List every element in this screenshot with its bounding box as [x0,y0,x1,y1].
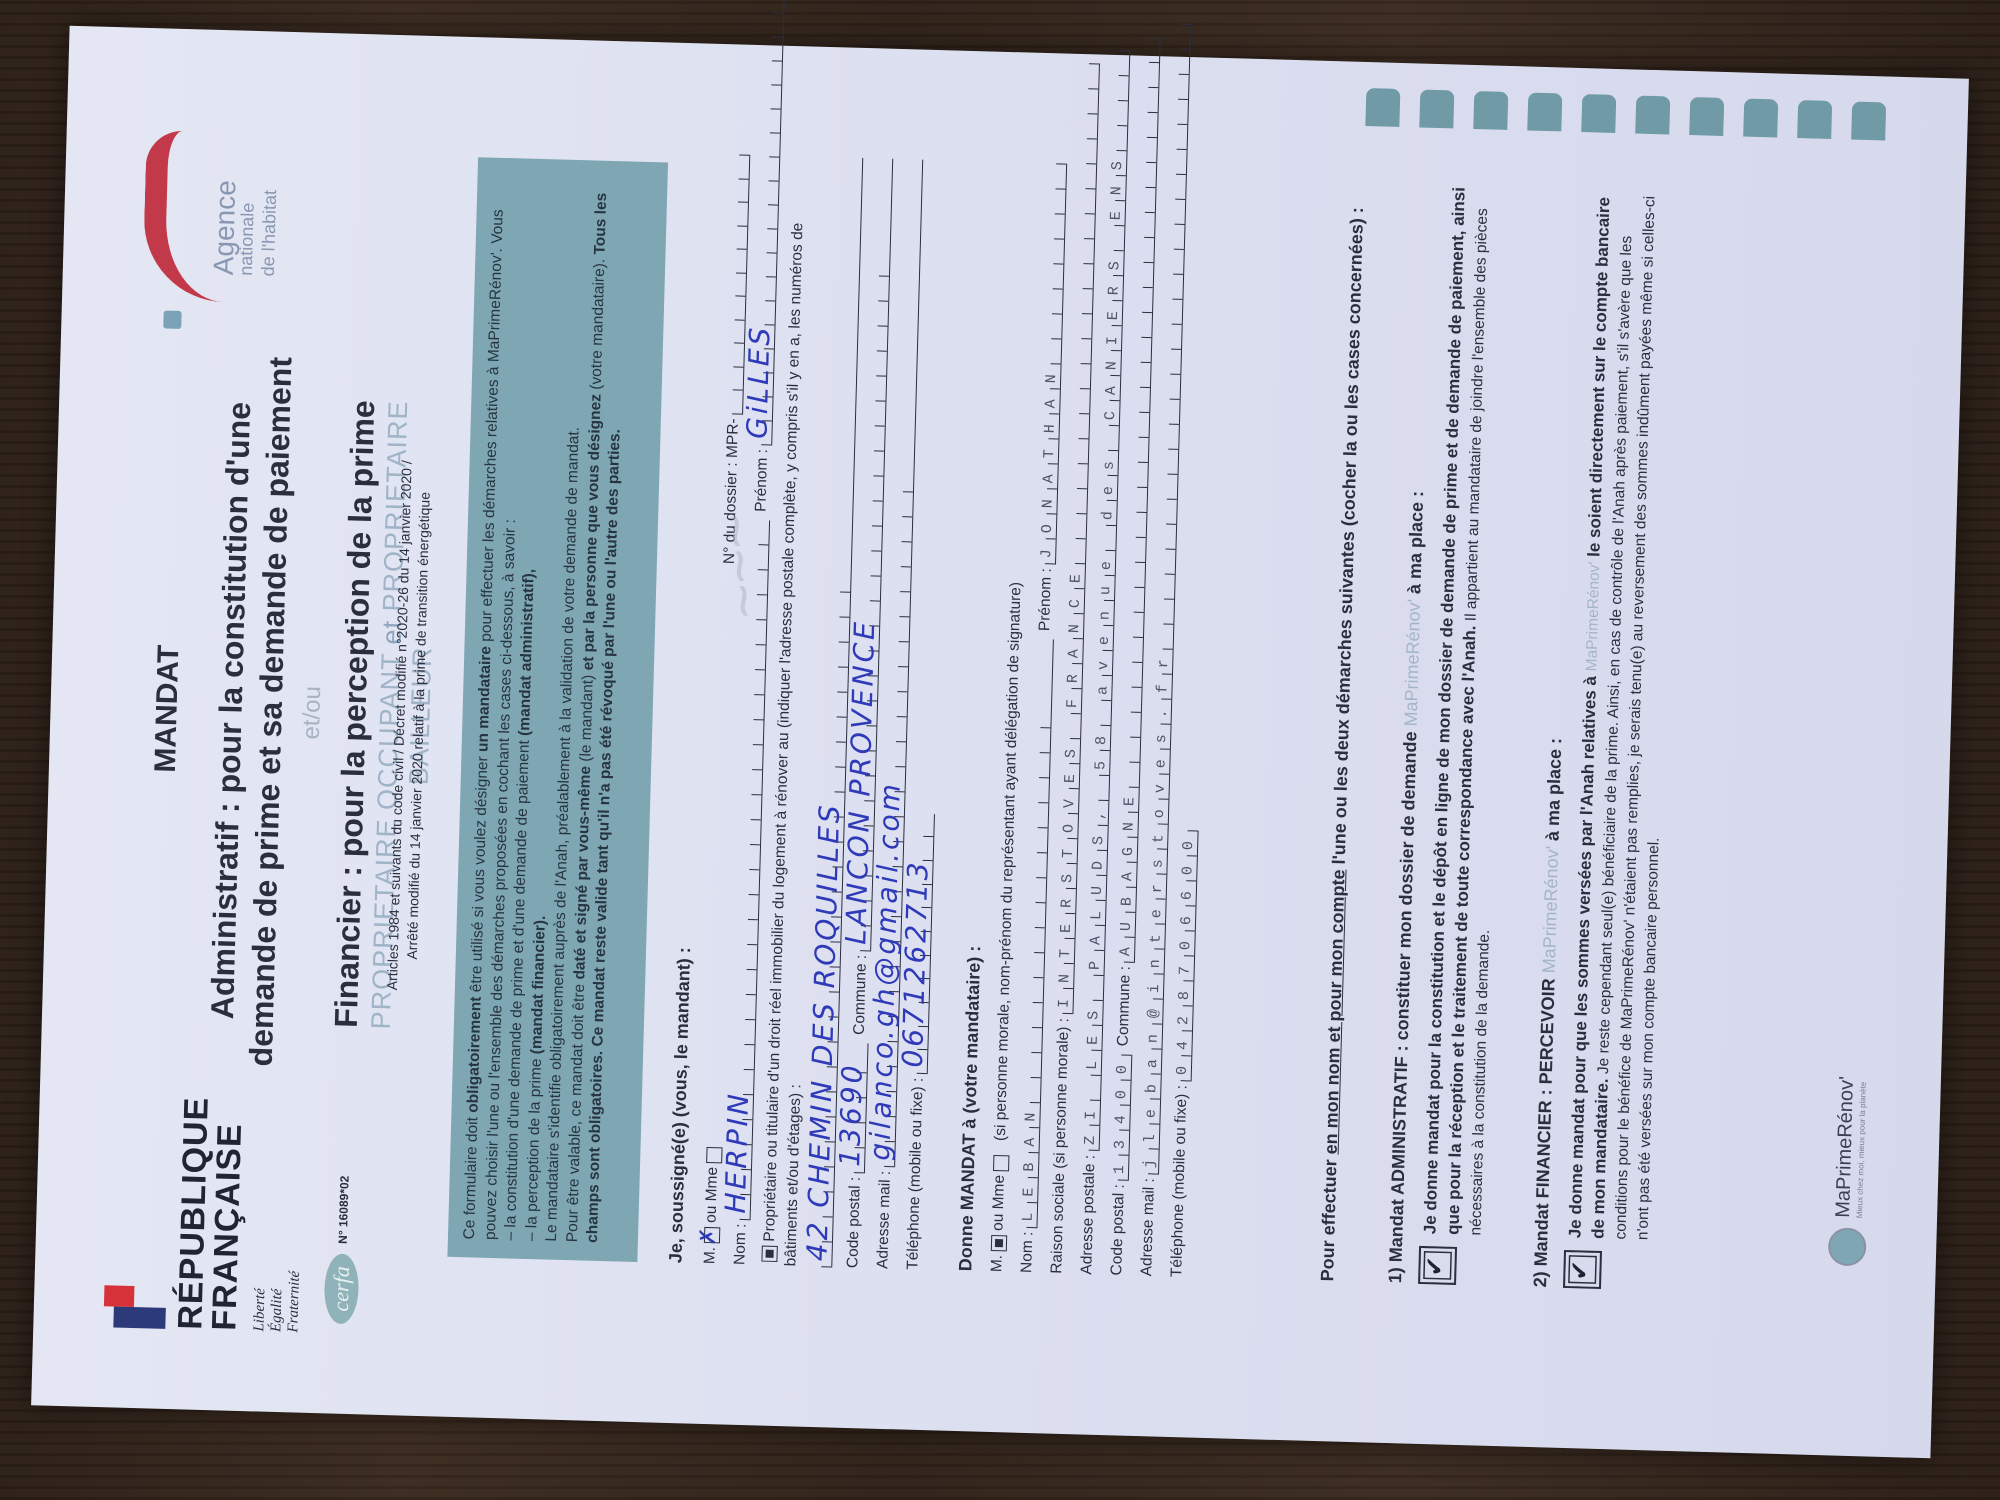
mandataire-tel-field[interactable]: 0428706600 [1171,830,1199,1081]
mandant-tel-field[interactable]: 0671262713 [907,813,935,1073]
mandant-m-checkbox[interactable] [704,1227,720,1243]
admin-mandate-section: 1) Mandat ADMINISTRATIF : constituer mon… [1385,173,1517,1285]
mandataire-cp-field[interactable]: 13400 [1108,1054,1133,1181]
embossed-stamp: ~~~ [699,511,779,623]
mandant-section: Je, soussigné(e) (vous, le mandant) : M.… [665,153,962,1270]
anah-logo: Agence nationale de l'habitat [141,128,287,332]
admin-title: Administratif : pour la constitution d'u… [200,340,301,1082]
anah-square-icon [163,310,181,328]
republique-francaise-logo: RÉPUBLIQUE FRANÇAISE LibertéÉgalitéFrate… [113,1108,308,1333]
mandataire-m-checkbox[interactable] [991,1235,1007,1251]
mandataire-prenom-field[interactable]: JONATHAN [1035,163,1067,564]
admin-mandate-checkbox[interactable] [1418,1246,1457,1285]
demarches-intro: Pour effectuer en mon nom et pour mon co… [1315,171,1370,1281]
mandataire-section: Donne MANDAT à (votre mandataire) : M. o… [955,161,1226,1277]
house-icon [1828,1227,1867,1266]
financier-mandate-section: 2) Mandat FINANCIER : PERCEVOIR MaPrimeR… [1530,177,1684,1290]
financier-mandate-checkbox[interactable] [1563,1250,1602,1289]
information-box: Ce formulaire doit obligatoirement être … [447,157,668,1262]
republic-name: RÉPUBLIQUE FRANÇAISE [173,1109,247,1331]
page-title: MANDAT [140,338,195,1079]
cerfa-badge: cerfa N° 16089*02 [324,1175,362,1324]
cerfa-logo: cerfa [324,1253,360,1324]
republic-motto: LibertéÉgalitéFraternité [251,1111,308,1332]
marianne-flag-icon [113,1285,166,1328]
mandant-prenom-field[interactable]: GiLLES [751,0,785,445]
maprimerenov-logo: MaPrimeRénov' Mieux chez moi, mieux pour… [1828,1076,1871,1267]
cerfa-number: N° 16089*02 [336,1175,352,1244]
mandataire-mme-checkbox[interactable] [993,1155,1009,1171]
mandate-form-page: RÉPUBLIQUE FRANÇAISE LibertéÉgalitéFrate… [31,26,1969,1459]
owner-checkbox[interactable] [761,1246,777,1262]
